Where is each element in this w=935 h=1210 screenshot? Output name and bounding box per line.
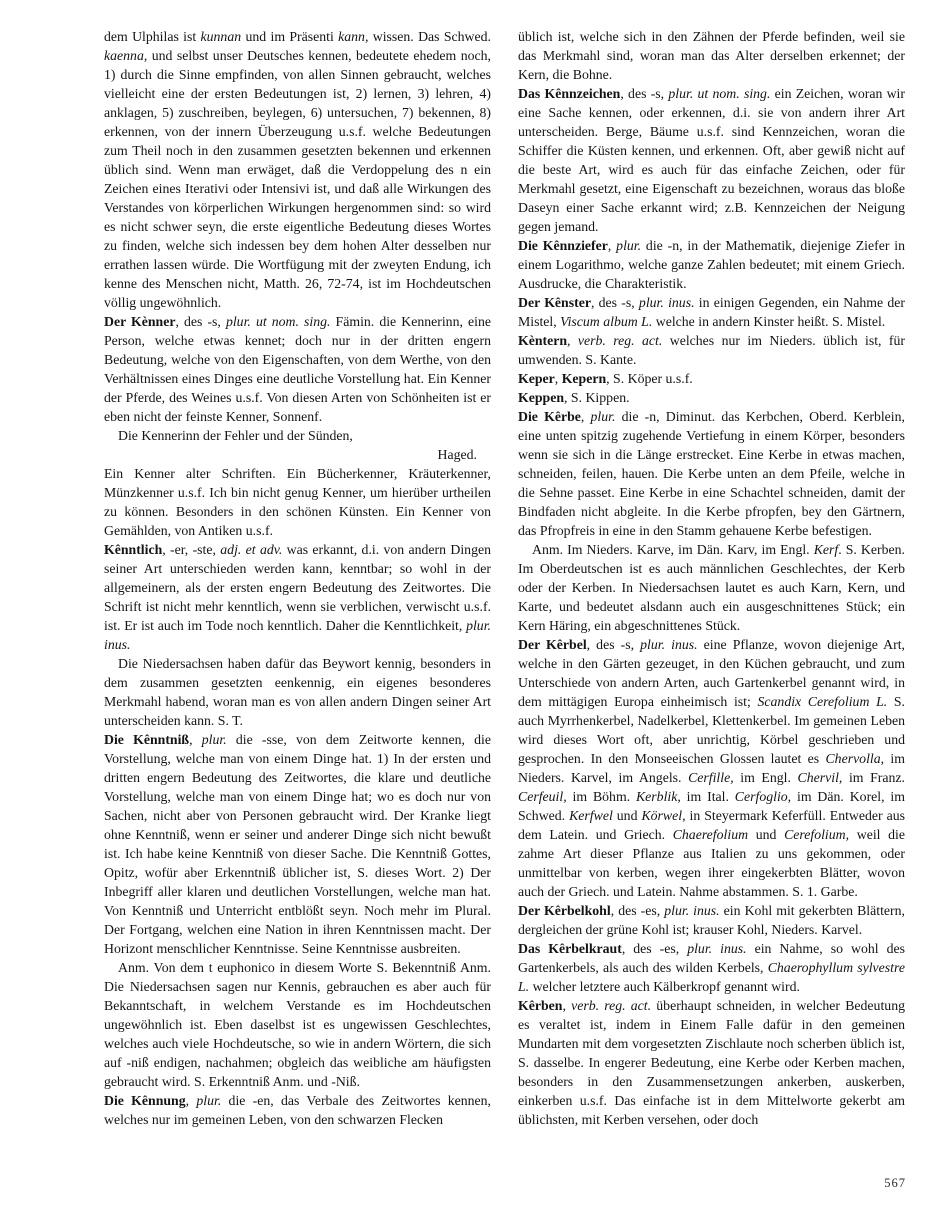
italic-term: Chervil, [798,770,843,785]
headword: Die Kêrbe [518,409,581,424]
italic-term: kaenna, [104,48,147,63]
headword: Kênntlich [104,542,162,557]
italic-term: Cerfeuil, [518,789,567,804]
dictionary-entry: Die Kêrbe, plur. die -n, Diminut. das Ke… [518,407,905,540]
text-run: , [581,409,591,424]
headword: Die Kênntniß [104,732,189,747]
text-run: im Engl. [734,770,798,785]
text-run: überhaupt schneiden, in welcher Bedeutun… [518,998,905,1127]
headword: Kêrben [518,998,562,1013]
text-run: Anm. Im Nieders. Karve, im Dän. Karv, im… [532,542,814,557]
headword: Der Kênster [518,295,591,310]
italic-term: plur. inus. [687,941,746,956]
paragraph: Die Kennerinn der Fehler und der Sünden, [104,426,491,445]
text-run: und selbst unser Deutsches kennen, bedeu… [104,48,491,310]
headword: Die Kênnung [104,1093,186,1108]
text-run: , des -s, [175,314,225,329]
dictionary-entry: Der Kènner, des -s, plur. ut nom. sing. … [104,312,491,426]
text-run: , S. Kippen. [564,390,630,405]
dictionary-entry: Der Kênster, des -s, plur. inus. in eini… [518,293,905,331]
text-run: Anm. Von dem t euphonico in diesem Worte… [104,960,491,1089]
text-columns: dem Ulphilas ist kunnan und im Präsenti … [104,27,905,1172]
italic-term: Scandix Cerefolium L. [758,694,888,709]
page-number: 567 [884,1174,906,1193]
italic-term: Viscum album L. [560,314,652,329]
headword: Der Kêrbel [518,637,587,652]
text-run: welche in andern Kinster heißt. S. Miste… [652,314,885,329]
italic-term: plur. [196,1093,221,1108]
italic-term: plur. inus. [664,903,719,918]
italic-term: Cerefolium, [784,827,849,842]
headword: Das Kêrbelkraut [518,941,622,956]
italic-term: Kerf [814,542,839,557]
text-run: , S. Köper u.s.f. [606,371,693,386]
italic-term: Chaerefolium [673,827,748,842]
dictionary-entry: Kênntlich, -er, -ste, adj. et adv. was e… [104,540,491,654]
italic-term: plur. ut nom. sing. [226,314,331,329]
italic-term: plur. ut nom. sing. [668,86,770,101]
text-run: , des -s, [620,86,668,101]
dictionary-entry: Das Kênnzeichen, des -s, plur. ut nom. s… [518,84,905,236]
text-run: die -n, Diminut. das Kerbchen, Oberd. Ke… [518,409,905,538]
italic-term: kunnan [201,29,242,44]
headword: Das Kênnzeichen [518,86,620,101]
text-run: und [613,808,642,823]
text-run: , [555,371,562,386]
left-column: dem Ulphilas ist kunnan und im Präsenti … [104,27,491,1172]
italic-term: Chervolla, [825,751,884,766]
text-run: , des -es, [622,941,687,956]
text-run: welcher letztere auch Kälberkropf genann… [529,979,800,994]
text-run: , des -es, [611,903,665,918]
text-run: im Ital. [681,789,735,804]
text-run: , [562,998,571,1013]
headword: Keper [518,371,555,386]
dictionary-entry: Der Kêrbel, des -s, plur. inus. eine Pfl… [518,635,905,901]
text-run: im Böhm. [567,789,636,804]
text-run: und im Präsenti [241,29,338,44]
text-run: wissen. Das Schwed. [368,29,491,44]
dictionary-entry: Die Kênnziefer, plur. die -n, in der Mat… [518,236,905,293]
text-run: , [608,238,616,253]
headword: Der Kènner [104,314,175,329]
italic-term: Cerfille, [688,770,734,785]
text-run: Haged. [438,447,477,462]
italic-term: plur. [591,409,616,424]
dictionary-entry: Kèntern, verb. reg. act. welches nur im … [518,331,905,369]
dictionary-entry: Kêrben, verb. reg. act. überhaupt schnei… [518,996,905,1129]
headword: Der Kêrbelkohl [518,903,611,918]
text-run: üblich ist, welche sich in den Zähnen de… [518,29,905,82]
paragraph: dem Ulphilas ist kunnan und im Präsenti … [104,27,491,312]
dictionary-entry: Keppen, S. Kippen. [518,388,905,407]
text-run: , des -s, [587,637,641,652]
text-run: , [567,333,578,348]
right-column: üblich ist, welche sich in den Zähnen de… [518,27,905,1172]
italic-term: Kerblik, [636,789,681,804]
paragraph: Ein Kenner alter Schriften. Ein Bücherke… [104,464,491,540]
text-run: die -sse, von dem Zeitworte kennen, die … [104,732,491,956]
dictionary-entry: Keper, Kepern, S. Köper u.s.f. [518,369,905,388]
headword: Kèntern [518,333,567,348]
italic-term: kann, [338,29,368,44]
dictionary-entry: Die Kênnung, plur. die -en, das Verbale … [104,1091,491,1129]
italic-term: verb. reg. act. [571,998,651,1013]
italic-term: Kerfwel [569,808,613,823]
text-run: , [189,732,202,747]
headword: Keppen [518,390,564,405]
text-run: Ein Kenner alter Schriften. Ein Bücherke… [104,466,491,538]
paragraph: Anm. Von dem t euphonico in diesem Worte… [104,958,491,1091]
text-run: Die Niedersachsen haben dafür das Beywor… [104,656,491,728]
italic-term: plur. [616,238,641,253]
text-run: und [748,827,784,842]
paragraph: Haged. [104,445,491,464]
paragraph: Anm. Im Nieders. Karve, im Dän. Karv, im… [518,540,905,635]
italic-term: plur. inus. [639,295,695,310]
text-run: im Franz. [842,770,905,785]
headword: Kepern [562,371,606,386]
dictionary-entry: Das Kêrbelkraut, des -es, plur. inus. ei… [518,939,905,996]
italic-term: Cerfoglio, [735,789,791,804]
text-run: ein Zeichen, woran wir eine Sache kennen… [518,86,905,234]
text-run: , -er, -ste, [162,542,220,557]
italic-term: Körwel, [641,808,685,823]
text-run: , [186,1093,197,1108]
italic-term: verb. reg. act. [578,333,662,348]
text-run: , des -s, [591,295,639,310]
dictionary-entry: Die Kênntniß, plur. die -sse, von dem Ze… [104,730,491,958]
text-run: Die Kennerinn der Fehler und der Sünden, [118,428,353,443]
paragraph: Die Niedersachsen haben dafür das Beywor… [104,654,491,730]
dictionary-entry: Der Kêrbelkohl, des -es, plur. inus. ein… [518,901,905,939]
paragraph: üblich ist, welche sich in den Zähnen de… [518,27,905,84]
text-run: dem Ulphilas ist [104,29,201,44]
italic-term: plur. [202,732,227,747]
headword: Die Kênnziefer [518,238,608,253]
italic-term: adj. et adv. [220,542,282,557]
text-run: Fämin. die Kennerinn, eine Person, welch… [104,314,491,424]
dictionary-page: dem Ulphilas ist kunnan und im Präsenti … [0,0,935,1210]
italic-term: plur. inus. [640,637,697,652]
